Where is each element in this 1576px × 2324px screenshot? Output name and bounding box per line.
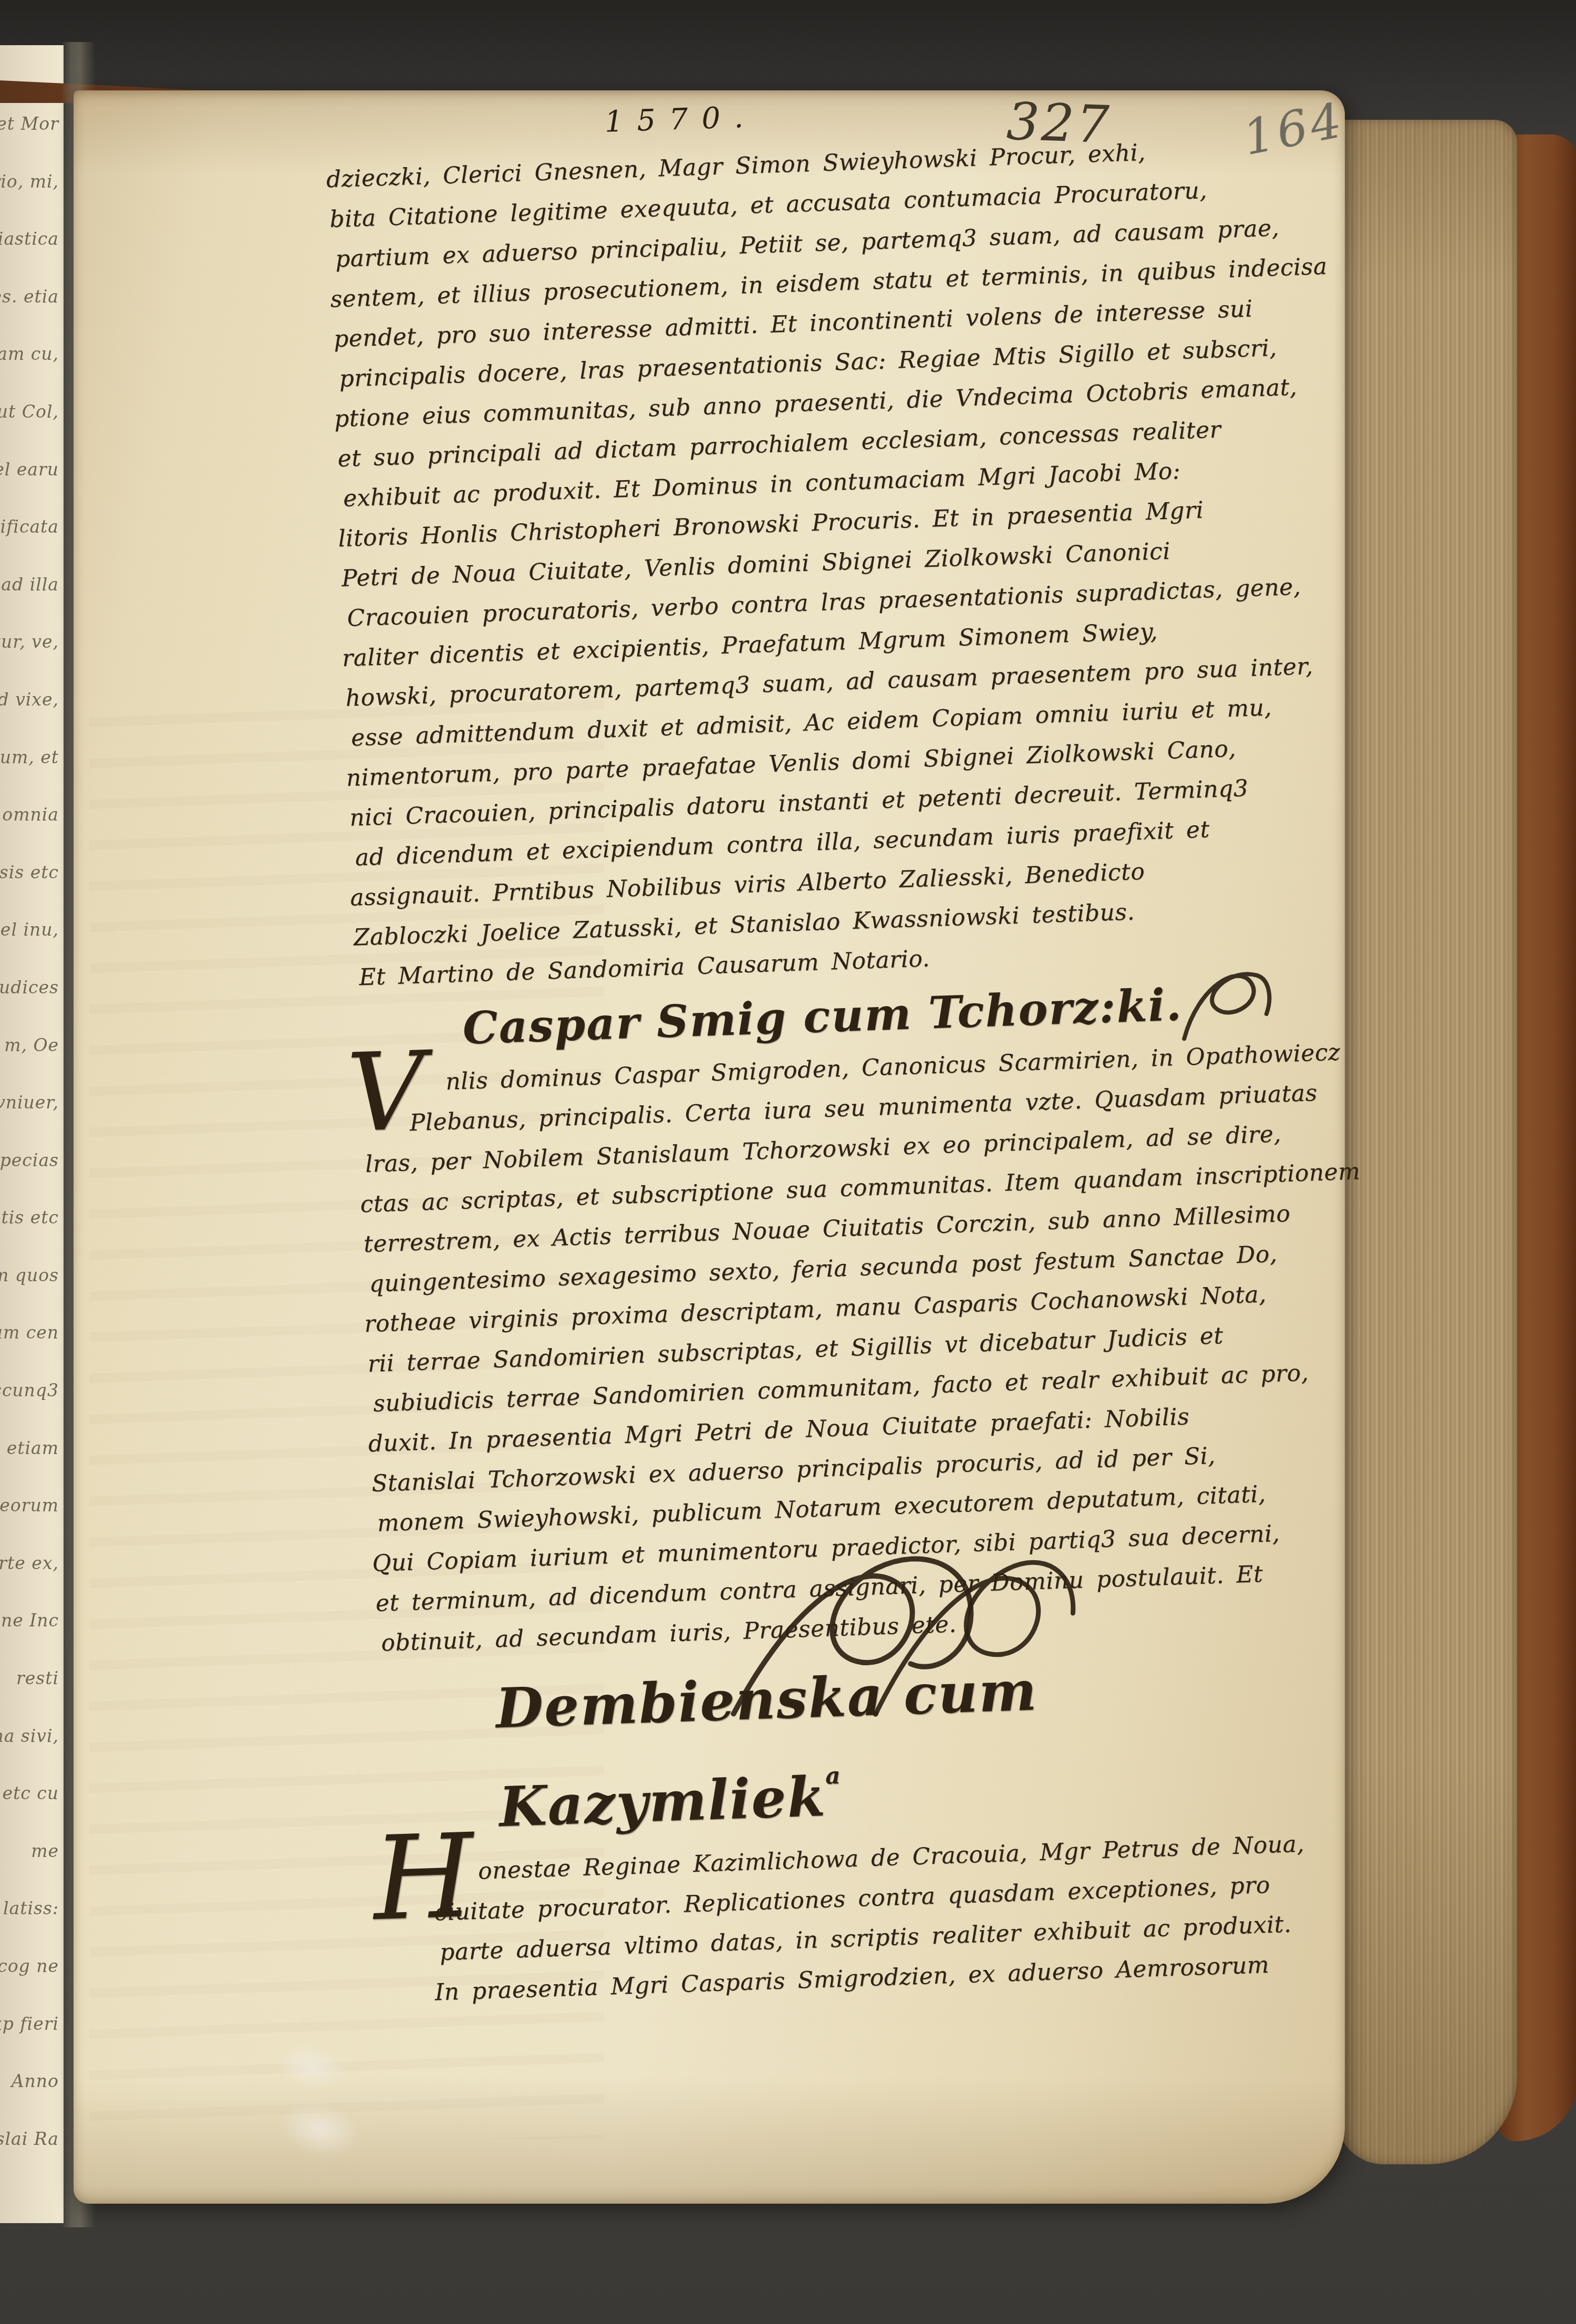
case-heading-2-text: Dembienska cum Kazymliek xyxy=(495,1658,1039,1839)
margin-fragment: e, vel inu, xyxy=(0,919,62,935)
page-fore-edge xyxy=(1336,120,1517,2164)
case-heading-2-superscript: a xyxy=(825,1762,842,1790)
margin-fragment: tan etiam xyxy=(0,1438,62,1454)
margin-fragment: me xyxy=(0,1841,62,1856)
margin-fragment: ne Inc xyxy=(0,1610,62,1626)
margin-fragment: bus specias xyxy=(0,1150,62,1166)
margin-fragment: u latiss: xyxy=(0,1898,62,1914)
facing-page-edge: ß et Morinisterio, mi,cclesiasticaitates… xyxy=(0,45,64,2223)
margin-fragment: timum, et xyxy=(0,747,62,763)
margin-fragment: etc cog ne xyxy=(0,1956,62,1972)
margin-fragment: per omnia xyxy=(0,804,62,820)
paper-stain xyxy=(226,2018,402,2186)
margin-fragment: ibuscunq3 xyxy=(0,1380,62,1396)
margin-fragment: resti xyxy=(0,1668,62,1684)
margin-fragment: Anno xyxy=(0,2071,62,2087)
margin-fragment: vel earu xyxy=(0,459,62,475)
margin-fragment: ß et Mor xyxy=(0,113,62,129)
record-paragraph-2: V nlis dominus Caspar Smigroden, Canonic… xyxy=(349,1034,1325,1664)
margin-fragment: lificata xyxy=(0,516,62,532)
record-paragraph-3: H onestae Reginae Kazimlichowa de Cracou… xyxy=(376,1823,1336,2015)
margin-fragment: parte ex, xyxy=(0,1553,62,1569)
margin-fragment: slai Ra xyxy=(0,2129,62,2144)
year-heading: 1570. xyxy=(604,83,1274,139)
margin-fragment: etiam cu, xyxy=(0,344,62,359)
margin-fragment: t exp fieri xyxy=(0,2014,62,2029)
margin-fragment: cclesiastica xyxy=(0,229,62,244)
margin-fragment: inisterio, mi, xyxy=(0,171,62,187)
margin-fragment: um quos xyxy=(0,1265,62,1281)
text-block: 1570. dzieczki, Clerici Gnesnen, Magr Si… xyxy=(318,83,1336,2015)
margin-fragment: missis etc xyxy=(0,862,62,878)
margin-fragment: ad illa xyxy=(0,574,62,590)
facing-page-fragments: ß et Morinisterio, mi,cclesiasticaitates… xyxy=(0,45,62,2223)
book-scan: ß et Morinisterio, mi,cclesiasticaitates… xyxy=(0,0,1576,2324)
manuscript-page: 327 164 1570. dzieczki, Clerici Gnesnen,… xyxy=(74,90,1345,2204)
margin-fragment: q3 Judices xyxy=(0,977,62,993)
margin-fragment: atur, ve, xyxy=(0,631,62,647)
margin-fragment: dig m, Oe xyxy=(0,1035,62,1051)
margin-fragment: ad vixe, xyxy=(0,689,62,705)
record-paragraph-1: dzieczki, Clerici Gnesnen, Magr Simon Sw… xyxy=(319,129,1303,998)
margin-fragment: atutis etc xyxy=(0,1207,62,1223)
margin-fragment: ecceorum xyxy=(0,1495,62,1511)
margin-fragment: b etc cu xyxy=(0,1783,62,1799)
margin-fragment: itates. etia xyxy=(0,286,62,302)
margin-fragment: t vniuer, xyxy=(0,1092,62,1108)
margin-fragment: s aut Col, xyxy=(0,401,62,417)
case-heading-2: Dembienska cum Kazymlieka xyxy=(369,1642,1331,1851)
margin-fragment: na sivi, xyxy=(0,1726,62,1741)
margin-fragment: corum cen xyxy=(0,1322,62,1338)
